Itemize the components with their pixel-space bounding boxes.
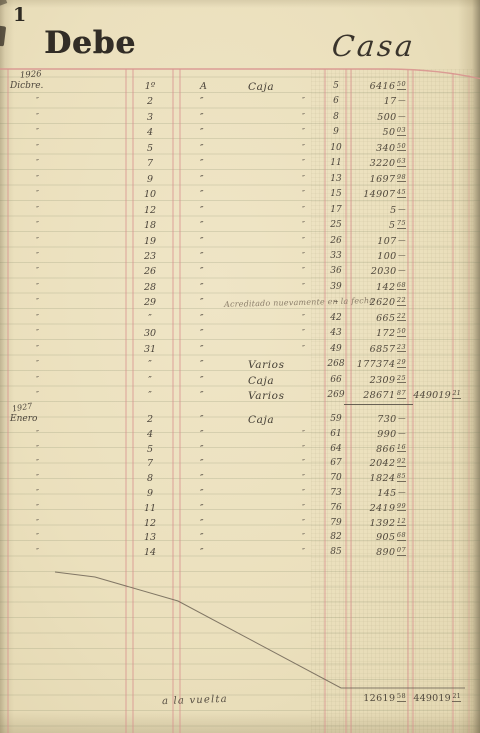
month-cell: ″ (36, 96, 39, 105)
amount-integer: 100 (377, 251, 396, 262)
folio-cell: 59 (324, 414, 348, 424)
folio-cell: 66 (324, 375, 348, 385)
amount-integer: 107 (377, 236, 396, 247)
day-cell: 8 (133, 473, 167, 484)
month-cell: ″ (36, 547, 39, 556)
entry-description: ″ (302, 143, 306, 152)
entry-description: Varios (248, 359, 285, 371)
amount-cents: 85 (397, 472, 406, 482)
corner-smudge (0, 0, 7, 6)
amount-integer: 665 (376, 313, 395, 324)
ledger-row: ″″″Varios269286718744901921 (0, 390, 480, 405)
amount-cell: 17— (350, 96, 406, 107)
ledger-row: ″9″″13169798 (0, 174, 480, 189)
ledger-row: ″31″″49685723 (0, 344, 480, 359)
folio-cell: 43 (324, 328, 348, 338)
entry-description: ″ (302, 112, 306, 121)
ledger-row: ″14″″8589007 (0, 547, 480, 562)
carried-forward-label: a la vuelta (162, 694, 228, 707)
month-cell: ″ (36, 189, 39, 198)
amount-integer: 340 (376, 143, 395, 154)
folio-cell: 73 (324, 488, 348, 498)
month-cell: ″ (36, 297, 39, 306)
amount-cell: 90568 (350, 532, 406, 544)
ledger-row: ″4″″95003 (0, 127, 480, 142)
entry-prefix: ″ (200, 473, 204, 484)
month-cell: ″ (36, 375, 39, 384)
amount-integer: 1824 (370, 473, 396, 484)
day-cell: 11 (133, 503, 167, 514)
amount-cents: 16 (397, 443, 406, 453)
day-cell: 18 (133, 220, 167, 231)
entry-prefix: ″ (200, 429, 204, 440)
ledger-row: ″2″″617— (0, 96, 480, 111)
entry-description: ″ (302, 266, 306, 275)
amount-cents: 25 (397, 374, 406, 384)
amount-cents: 22 (397, 312, 406, 322)
day-cell: ″ (133, 390, 167, 401)
amount-cents: 12 (397, 517, 406, 527)
entry-description: ″ (302, 96, 306, 105)
folio-cell: 25 (324, 220, 348, 230)
amount-cents: 98 (397, 173, 406, 183)
folio-cell: 42 (324, 313, 348, 323)
folio-cell: 17 (324, 205, 348, 215)
amount-integer: 50 (383, 127, 396, 138)
amount-integer: 5 (390, 205, 396, 216)
amount-cell: 241999 (350, 503, 406, 515)
amount-cents: — (398, 428, 406, 438)
ledger-row: ″9″″73145— (0, 488, 480, 503)
amount-cents: 21 (452, 389, 461, 399)
entry-description: ″ (302, 251, 306, 260)
amount-cell: 89007 (350, 547, 406, 559)
entry-prefix: ″ (200, 127, 204, 138)
amount-cell: 230925 (350, 375, 406, 387)
amount-cell: 5003 (350, 127, 406, 139)
amount-cents: — (398, 487, 406, 497)
entry-prefix: ″ (200, 297, 204, 308)
amount-integer: 1697 (370, 174, 396, 185)
top-red-rule (0, 69, 480, 79)
entry-description: Caja (248, 414, 274, 426)
day-cell: 30 (133, 328, 167, 339)
amount-cell: 100— (350, 251, 406, 262)
entry-description: ″ (302, 220, 306, 229)
amount-cell: 17737429 (350, 359, 406, 371)
month-cell: ″ (36, 174, 39, 183)
amount-cell: 262022 (350, 297, 406, 309)
day-cell: 5 (133, 143, 167, 154)
folio-cell: 61 (324, 429, 348, 439)
amount-cents: 68 (397, 531, 406, 541)
ledger-row: ″″″″4266522 (0, 313, 480, 328)
entry-description: ″ (302, 328, 306, 337)
amount-integer: 28671 (363, 390, 395, 401)
month-cell: ″ (36, 532, 39, 541)
folio-cell: 39 (324, 282, 348, 292)
folio-cell: 5 (324, 81, 348, 91)
amount-integer: 500 (377, 112, 396, 123)
ledger-row: ″10″″151490745 (0, 189, 480, 204)
debit-column-title: Debe (44, 25, 136, 61)
ledger-row: ″12″″175— (0, 205, 480, 220)
month-cell: Enero (10, 414, 37, 424)
amount-cell: 641650 (350, 81, 406, 93)
folio-cell: 49 (324, 344, 348, 354)
folio-cell: 26 (324, 236, 348, 246)
day-cell: ″ (133, 375, 167, 386)
entry-prefix: ″ (200, 313, 204, 324)
amount-cents: 50 (397, 80, 406, 90)
folio-cell: 67 (324, 458, 348, 468)
amount-cents: 29 (397, 358, 406, 368)
amount-cents: 63 (397, 157, 406, 167)
folio-cell: 8 (324, 112, 348, 122)
amount-integer: 2042 (370, 458, 396, 469)
entry-prefix: ″ (200, 174, 204, 185)
day-cell: 26 (133, 266, 167, 277)
month-cell: ″ (36, 518, 39, 527)
day-cell: 28 (133, 282, 167, 293)
entry-prefix: ″ (200, 220, 204, 231)
amount-cell: 139212 (350, 518, 406, 530)
amount-cents: 87 (397, 389, 406, 399)
ledger-row: ″5″″1034050 (0, 143, 480, 158)
entry-description: Caja (248, 375, 274, 387)
month-cell: ″ (36, 143, 39, 152)
amount-cents: 50 (397, 142, 406, 152)
amount-integer: 449019 (413, 693, 450, 704)
amount-cell: 169798 (350, 174, 406, 186)
entry-prefix: ″ (200, 503, 204, 514)
entry-description: ″ (302, 458, 306, 467)
ledger-row: ″7″″67204292 (0, 458, 480, 473)
amount-cell: 34050 (350, 143, 406, 155)
ledger-page: 1 Debe Casa 1926 1927 a la vuelta 126195… (0, 0, 480, 733)
amount-cell: 182485 (350, 473, 406, 485)
footer-amount: 1261958 (350, 693, 406, 705)
amount-cents: — (398, 111, 406, 121)
amount-integer: 2030 (371, 266, 397, 277)
folio-cell: 268 (324, 359, 348, 369)
amount-cell: 990— (350, 429, 406, 440)
amount-cell: 107— (350, 236, 406, 247)
ledger-row: ″18″″25575 (0, 220, 480, 235)
amount-cents: 50 (397, 327, 406, 337)
entry-prefix: ″ (200, 359, 204, 370)
entry-description: ″ (302, 473, 306, 482)
amount-integer: 3220 (370, 158, 396, 169)
amount-cents: — (398, 235, 406, 245)
footer-total: 44901921 (411, 693, 461, 705)
amount-integer: 142 (376, 282, 395, 293)
ledger-row: ″29″Acreditado nuevamente en la fecha–26… (0, 297, 480, 312)
folio-cell: – (324, 297, 348, 307)
day-cell: 12 (133, 518, 167, 529)
ledger-row: ″8″″70182485 (0, 473, 480, 488)
amount-integer: 2309 (370, 375, 396, 386)
amount-cell: 5— (350, 205, 406, 216)
amount-cents: — (398, 95, 406, 105)
ledger-row: ″19″″26107— (0, 236, 480, 251)
entry-prefix: ″ (200, 488, 204, 499)
day-cell: 23 (133, 251, 167, 262)
ledger-row: Dicbre.1ºACaja5641650 (0, 81, 480, 96)
amount-integer: 6416 (370, 81, 396, 92)
entry-prefix: ″ (200, 414, 204, 425)
ledger-row: ″12″″79139212 (0, 518, 480, 533)
amount-cell: 2867187 (350, 390, 406, 402)
entry-prefix: ″ (200, 518, 204, 529)
day-cell: 2 (133, 96, 167, 107)
folio-cell: 6 (324, 96, 348, 106)
entry-description: ″ (302, 313, 306, 322)
ledger-row: ″3″″8500— (0, 112, 480, 127)
closing-diagonal-line (55, 572, 465, 688)
entry-description: ″ (302, 344, 306, 353)
month-cell: ″ (36, 205, 39, 214)
entry-description: ″ (302, 444, 306, 453)
amount-cents: 68 (397, 281, 406, 291)
day-cell: 5 (133, 444, 167, 455)
day-cell: 31 (133, 344, 167, 355)
entry-description: ″ (302, 547, 306, 556)
entry-prefix: ″ (200, 96, 204, 107)
folio-cell: 15 (324, 189, 348, 199)
day-cell: 7 (133, 458, 167, 469)
entry-description: ″ (302, 236, 306, 245)
month-cell: ″ (36, 282, 39, 291)
day-cell: 13 (133, 532, 167, 543)
folio-cell: 11 (324, 158, 348, 168)
entry-description: Caja (248, 81, 274, 93)
amount-integer: 730 (377, 414, 396, 425)
folio-cell: 64 (324, 444, 348, 454)
amount-cell: 322063 (350, 158, 406, 170)
month-cell: ″ (36, 220, 39, 229)
amount-cents: 03 (397, 126, 406, 136)
ledger-row: ″″″Varios26817737429 (0, 359, 480, 374)
day-cell: 9 (133, 174, 167, 185)
month-cell: ″ (36, 488, 39, 497)
month-cell: ″ (36, 473, 39, 482)
folio-cell: 79 (324, 518, 348, 528)
month-cell: ″ (36, 429, 39, 438)
folio-cell: 85 (324, 547, 348, 557)
amount-integer: 12619 (363, 693, 395, 704)
day-cell: 2 (133, 414, 167, 425)
folio-cell: 10 (324, 143, 348, 153)
entry-prefix: ″ (200, 458, 204, 469)
entry-prefix: ″ (200, 236, 204, 247)
day-cell: 19 (133, 236, 167, 247)
ledger-row: Enero2″Caja59730— (0, 414, 480, 429)
entry-description: ″ (302, 503, 306, 512)
entry-description: ″ (302, 488, 306, 497)
page-edge-smudge (0, 26, 6, 47)
entry-prefix: ″ (200, 328, 204, 339)
amount-integer: 990 (377, 429, 396, 440)
amount-cell: 575 (350, 220, 406, 232)
entry-description: ″ (302, 518, 306, 527)
day-cell: ″ (133, 359, 167, 370)
amount-cell: 86616 (350, 444, 406, 456)
entry-prefix: ″ (200, 547, 204, 558)
amount-integer: 2419 (370, 503, 396, 514)
folio-cell: 9 (324, 127, 348, 137)
amount-integer: 5 (389, 220, 395, 231)
entry-description: ″ (302, 532, 306, 541)
amount-cell: 500— (350, 112, 406, 123)
entry-prefix: A (200, 81, 207, 92)
entry-description: ″ (302, 205, 306, 214)
amount-cents: — (398, 413, 406, 423)
entry-prefix: ″ (200, 251, 204, 262)
month-cell: ″ (36, 158, 39, 167)
amount-cents: 07 (397, 546, 406, 556)
day-cell: 7 (133, 158, 167, 169)
page-number: 1 (13, 4, 26, 26)
month-cell: ″ (36, 112, 39, 121)
amount-integer: 172 (376, 328, 395, 339)
month-cell: ″ (36, 236, 39, 245)
folio-cell: 76 (324, 503, 348, 513)
amount-integer: 1392 (370, 518, 396, 529)
day-cell: 12 (133, 205, 167, 216)
amount-integer: 177374 (357, 359, 396, 370)
entry-prefix: ″ (200, 282, 204, 293)
amount-cell: 730— (350, 414, 406, 425)
ledger-row: ″7″″11322063 (0, 158, 480, 173)
amount-integer: 6857 (370, 344, 396, 355)
day-cell: 14 (133, 547, 167, 558)
month-cell: ″ (36, 266, 39, 275)
amount-cents: — (398, 250, 406, 260)
amount-cell: 204292 (350, 458, 406, 470)
ledger-row: ″23″″33100— (0, 251, 480, 266)
month-cell: ″ (36, 444, 39, 453)
day-cell: 1º (133, 81, 167, 92)
entry-prefix: ″ (200, 390, 204, 401)
month-cell: ″ (36, 251, 39, 260)
month-cell: ″ (36, 313, 39, 322)
ledger-row: ″28″″3914268 (0, 282, 480, 297)
entry-prefix: ″ (200, 344, 204, 355)
ledger-row: ″″″Caja66230925 (0, 375, 480, 390)
entry-prefix: ″ (200, 143, 204, 154)
amount-cell: 17250 (350, 328, 406, 340)
amount-cell: 1490745 (350, 189, 406, 201)
amount-cents: 22 (397, 296, 406, 306)
month-cell: ″ (36, 328, 39, 337)
entry-prefix: ″ (200, 444, 204, 455)
amount-integer: 449019 (413, 390, 450, 401)
amount-cents: 21 (452, 692, 461, 702)
ledger-row: ″26″″362030— (0, 266, 480, 281)
entry-description: ″ (302, 127, 306, 136)
ledger-row: ″4″″61990— (0, 429, 480, 444)
month-cell: ″ (36, 390, 39, 399)
amount-integer: 14907 (363, 189, 395, 200)
amount-integer: 145 (377, 488, 396, 499)
amount-cell: 2030— (350, 266, 406, 277)
entry-description: Varios (248, 390, 285, 402)
folio-cell: 269 (324, 390, 348, 400)
folio-cell: 13 (324, 174, 348, 184)
amount-integer: 905 (376, 532, 395, 543)
amount-cell: 14268 (350, 282, 406, 294)
amount-cents: — (398, 265, 406, 275)
amount-cents: — (398, 204, 406, 214)
entry-description: ″ (302, 189, 306, 198)
amount-cell: 66522 (350, 313, 406, 325)
amount-integer: 890 (376, 547, 395, 558)
amount-cents: 23 (397, 343, 406, 353)
entry-prefix: ″ (200, 189, 204, 200)
amount-cents: 99 (397, 502, 406, 512)
day-cell: 29 (133, 297, 167, 308)
month-cell: ″ (36, 359, 39, 368)
day-cell: ″ (133, 313, 167, 324)
ledger-row: ″13″″8290568 (0, 532, 480, 547)
month-cell: ″ (36, 344, 39, 353)
ledger-row: ″30″″4317250 (0, 328, 480, 343)
entry-description: ″ (302, 282, 306, 291)
amount-cents: 75 (397, 219, 406, 229)
entry-description: ″ (302, 429, 306, 438)
amount-integer: 2620 (370, 297, 396, 308)
amount-integer: 17 (384, 96, 397, 107)
month-cell: Dicbre. (10, 81, 43, 91)
folio-cell: 36 (324, 266, 348, 276)
ledger-row: ″5″″6486616 (0, 444, 480, 459)
day-cell: 4 (133, 127, 167, 138)
entry-prefix: ″ (200, 532, 204, 543)
entry-prefix: ″ (200, 205, 204, 216)
day-cell: 10 (133, 189, 167, 200)
entry-prefix: ″ (200, 158, 204, 169)
month-cell: ″ (36, 503, 39, 512)
folio-cell: 82 (324, 532, 348, 542)
amount-integer: 866 (376, 444, 395, 455)
entry-description: ″ (302, 158, 306, 167)
amount-cents: 92 (397, 457, 406, 467)
folio-cell: 33 (324, 251, 348, 261)
entry-prefix: ″ (200, 112, 204, 123)
amount-cents: 45 (397, 188, 406, 198)
entry-prefix: ″ (200, 375, 204, 386)
year-label-1926: 1926 (20, 69, 42, 80)
day-cell: 4 (133, 429, 167, 440)
day-cell: 3 (133, 112, 167, 123)
entry-description: ″ (302, 174, 306, 183)
account-title: Casa (330, 29, 417, 63)
total-cell: 44901921 (411, 390, 461, 402)
day-cell: 9 (133, 488, 167, 499)
ledger-row: ″11″″76241999 (0, 503, 480, 518)
amount-cell: 145— (350, 488, 406, 499)
entry-prefix: ″ (200, 266, 204, 277)
month-cell: ″ (36, 127, 39, 136)
folio-cell: 70 (324, 473, 348, 483)
month-cell: ″ (36, 458, 39, 467)
amount-cell: 685723 (350, 344, 406, 356)
amount-cents: 58 (397, 692, 406, 702)
